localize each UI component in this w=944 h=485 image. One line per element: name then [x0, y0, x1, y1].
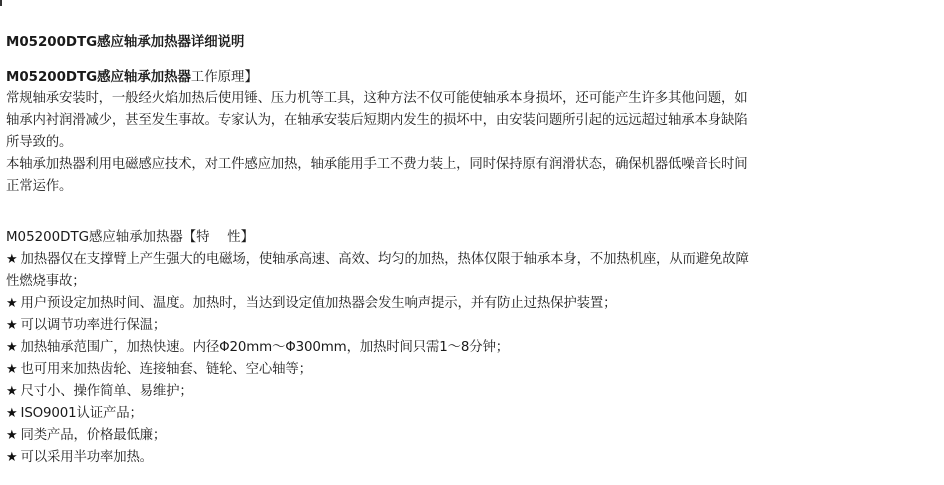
- feature-text: 可以采用半功率加热。: [21, 450, 153, 465]
- working-principle-heading-product: M05200DTG感应轴承加热器: [6, 70, 191, 85]
- feature-text: 加热轴承范围广，加热快速。内径Φ20mm～Φ300mm，加热时间只需1～8分钟；: [21, 340, 509, 355]
- feature-item: ★用户预设定加热时间、温度。加热时，当达到设定值加热器会发生响声提示，并有防止过…: [6, 293, 758, 315]
- star-icon: ★: [6, 337, 18, 359]
- feature-text: 尺寸小、操作简单、易维护；: [21, 384, 193, 399]
- feature-item: ★尺寸小、操作简单、易维护；: [6, 381, 758, 403]
- working-principle-heading-label: 工作原理】: [191, 70, 258, 85]
- working-principle-heading: M05200DTG感应轴承加热器工作原理】: [6, 68, 766, 88]
- star-icon: ★: [6, 249, 18, 271]
- feature-text: 同类产品，价格最低廉；: [21, 428, 167, 443]
- star-icon: ★: [6, 293, 18, 315]
- star-icon: ★: [6, 381, 18, 403]
- feature-item: ★可以调节功率进行保温；: [6, 315, 758, 337]
- page-edge-mark: [0, 0, 2, 6]
- features-heading: M05200DTG感应轴承加热器【特 性】: [6, 227, 766, 249]
- star-icon: ★: [6, 315, 18, 337]
- star-icon: ★: [6, 447, 18, 469]
- feature-item: ★也可用来加热齿轮、连接轴套、链轮、空心轴等；: [6, 359, 758, 381]
- feature-list: ★加热器仅在支撑臂上产生强大的电磁场，使轴承高速、高效、均匀的加热，热体仅限于轴…: [6, 249, 758, 469]
- page-title: M05200DTG感应轴承加热器详细说明: [6, 33, 766, 53]
- feature-text: 用户预设定加热时间、温度。加热时，当达到设定值加热器会发生响声提示，并有防止过热…: [21, 296, 617, 311]
- feature-text: ISO9001认证产品；: [21, 406, 143, 421]
- feature-text: 加热器仅在支撑臂上产生强大的电磁场，使轴承高速、高效、均匀的加热，热体仅限于轴承…: [6, 252, 749, 289]
- star-icon: ★: [6, 359, 18, 381]
- feature-item: ★ISO9001认证产品；: [6, 403, 758, 425]
- star-icon: ★: [6, 403, 18, 425]
- star-icon: ★: [6, 425, 18, 447]
- product-description: M05200DTG感应轴承加热器详细说明 M05200DTG感应轴承加热器工作原…: [6, 33, 766, 469]
- blank-line: [6, 198, 766, 220]
- feature-item: ★加热器仅在支撑臂上产生强大的电磁场，使轴承高速、高效、均匀的加热，热体仅限于轴…: [6, 249, 758, 293]
- feature-text: 可以调节功率进行保温；: [21, 318, 167, 333]
- principle-paragraph-2: 本轴承加热器利用电磁感应技术，对工件感应加热，轴承能用手工不费力装上，同时保持原…: [6, 154, 754, 198]
- feature-text: 也可用来加热齿轮、连接轴套、链轮、空心轴等；: [21, 362, 312, 377]
- feature-item: ★同类产品，价格最低廉；: [6, 425, 758, 447]
- principle-paragraph-1: 常规轴承安装时，一般经火焰加热后使用锤、压力机等工具，这种方法不仅可能使轴承本身…: [6, 88, 754, 154]
- feature-item: ★加热轴承范围广，加热快速。内径Φ20mm～Φ300mm，加热时间只需1～8分钟…: [6, 337, 758, 359]
- feature-item: ★可以采用半功率加热。: [6, 447, 758, 469]
